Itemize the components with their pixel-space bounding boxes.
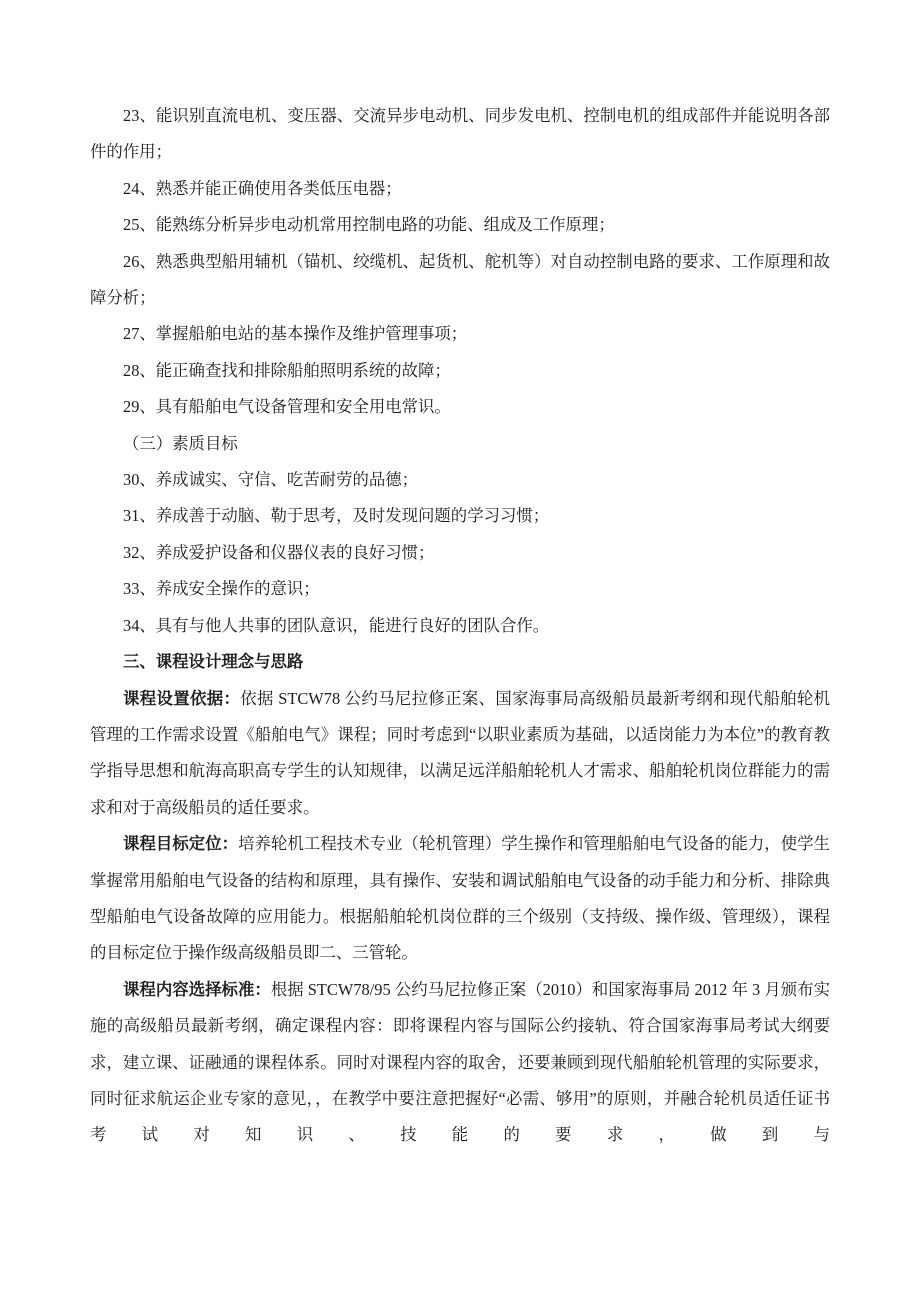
subsection-heading-quality-objectives: （三）素质目标	[90, 426, 830, 462]
objective-item-34: 34、具有与他人共事的团队意识，能进行良好的团队合作。	[90, 608, 830, 644]
paragraph-course-positioning: 课程目标定位：培养轮机工程技术专业（轮机管理）学生操作和管理船舶电气设备的能力，…	[90, 826, 830, 972]
document-page: 23、能识别直流电机、变压器、交流异步电动机、同步发电机、控制电机的组成部件并能…	[0, 0, 920, 1301]
objective-item-30: 30、养成诚实、守信、吃苦耐劳的品德；	[90, 462, 830, 498]
section-heading-course-design: 三、课程设计理念与思路	[90, 644, 830, 680]
objective-item-26: 26、熟悉典型船用辅机（锚机、绞缆机、起货机、舵机等）对自动控制电路的要求、工作…	[90, 244, 830, 317]
paragraph-lead-course-positioning: 课程目标定位：	[123, 834, 238, 853]
objective-item-31: 31、养成善于动脑、勒于思考，及时发现问题的学习习惯；	[90, 498, 830, 534]
objective-item-25: 25、能熟练分析异步电动机常用控制电路的功能、组成及工作原理；	[90, 207, 830, 243]
paragraph-lead-content-selection: 课程内容选择标准：	[123, 980, 271, 999]
document-body: 23、能识别直流电机、变压器、交流异步电动机、同步发电机、控制电机的组成部件并能…	[90, 98, 830, 1154]
objective-item-27: 27、掌握船舶电站的基本操作及维护管理事项；	[90, 316, 830, 352]
objective-item-32: 32、养成爱护设备和仪器仪表的良好习惯；	[90, 535, 830, 571]
objective-item-33: 33、养成安全操作的意识；	[90, 571, 830, 607]
paragraph-text: 培养轮机工程技术专业（轮机管理）学生操作和管理船舶电气设备的能力，使学生掌握常用…	[90, 834, 830, 962]
objective-item-23: 23、能识别直流电机、变压器、交流异步电动机、同步发电机、控制电机的组成部件并能…	[90, 98, 830, 171]
paragraph-content-selection: 课程内容选择标准：根据 STCW78/95 公约马尼拉修正案（2010）和国家海…	[90, 972, 830, 1154]
objective-item-29: 29、具有船舶电气设备管理和安全用电常识。	[90, 389, 830, 425]
paragraph-course-basis: 课程设置依据：依据 STCW78 公约马尼拉修正案、国家海事局高级船员最新考纲和…	[90, 681, 830, 827]
objective-item-24: 24、熟悉并能正确使用各类低压电器；	[90, 171, 830, 207]
paragraph-lead-course-basis: 课程设置依据：	[123, 689, 240, 708]
paragraph-text: 根据 STCW78/95 公约马尼拉修正案（2010）和国家海事局 2012 年…	[90, 980, 830, 1145]
objective-item-28: 28、能正确查找和排除船舶照明系统的故障；	[90, 353, 830, 389]
